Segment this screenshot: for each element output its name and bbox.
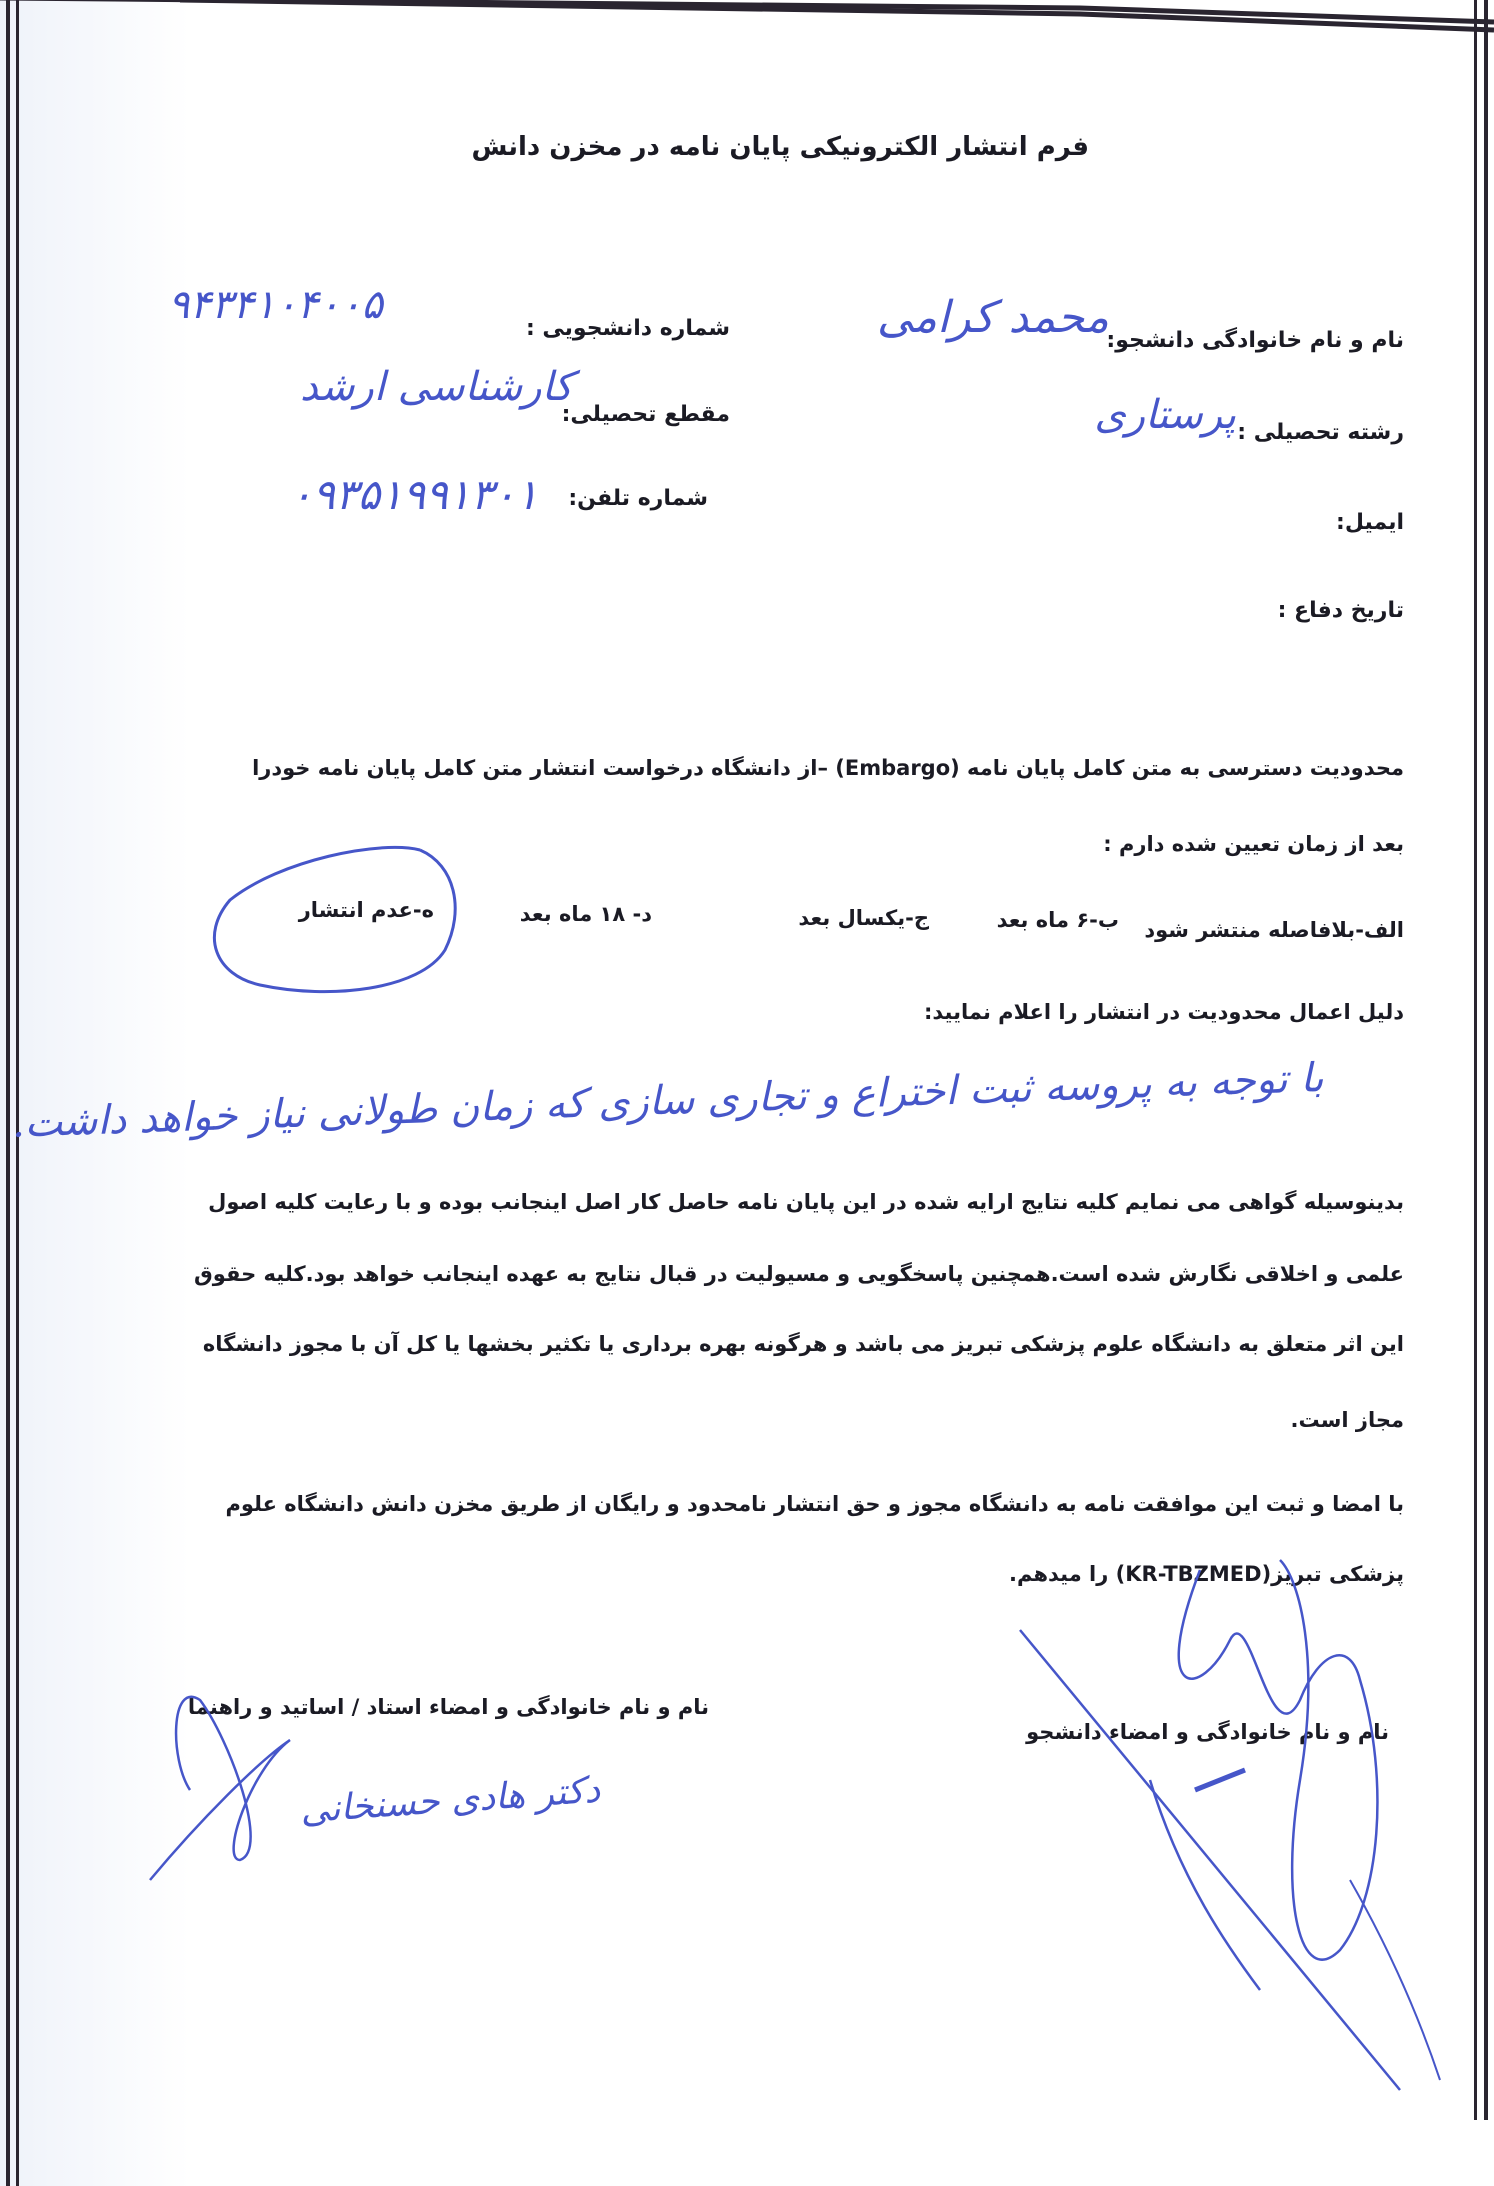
student-signature-icon [1020,1630,1400,2090]
embargo-option-18-months[interactable]: د- ۱۸ ماه بعد [520,902,652,926]
page-border-right-inner [1474,0,1477,2120]
page-border-left [6,0,10,2186]
reason-handwritten: با توجه به پروسه ثبت اختراع و تجاری سازی… [11,1055,1324,1147]
email-label: ایمیل: [1336,510,1404,535]
page-border-left-inner [16,0,19,2186]
consent-line-2: پزشکی تبریز(KR-TBZMED) را میدهم. [1009,1562,1404,1586]
embargo-option-6-months[interactable]: ب-۶ ماه بعد [997,908,1119,932]
phone-label: شماره تلفن: [568,486,708,511]
reason-label: دلیل اعمال محدودیت در انتشار را اعلام نم… [924,1000,1404,1024]
embargo-line-1: محدودیت دسترسی به متن کامل پایان نامه (E… [252,756,1404,780]
student-number-label: شماره دانشجویی : [526,316,730,341]
embargo-line-2: بعد از زمان تعیین شده دارم : [1103,832,1404,856]
student-number-value: ۹۴۳۴۱۰۴۰۰۵ [168,282,383,328]
phone-value: ۰۹۳۵۱۹۹۱۳۰۱ [290,470,538,519]
declaration-line-4: مجاز است. [1291,1408,1404,1432]
declaration-line-2: علمی و اخلاقی نگارش شده است.همچنین پاسخگ… [194,1262,1404,1286]
consent-line-1: با امضا و ثبت این موافقت نامه به دانشگاه… [225,1492,1404,1516]
defense-date-label: تاریخ دفاع : [1278,598,1404,623]
embargo-option-1-year[interactable]: ج-یکسال بعد [798,906,929,930]
field-of-study-label: رشته تحصیلی : [1237,420,1404,445]
embargo-option-immediate[interactable]: الف-بلافاصله منتشر شود [1144,918,1404,942]
student-signature-label: نام و نام خانوادگی و امضاء دانشجو [1026,1720,1389,1744]
declaration-line-1: بدینوسیله گواهی می نمایم کلیه نتایج ارای… [208,1190,1404,1214]
page-title: فرم انتشار الکترونیکی پایان نامه در مخزن… [471,132,1089,162]
degree-level-label: مقطع تحصیلی: [562,402,730,427]
degree-level-value: کارشناسی ارشد [300,364,573,410]
student-name-label: نام و نام خانوادگی دانشجو: [1106,328,1404,353]
page-border-right [1484,0,1488,2120]
student-name-value: محمد کرامی [877,292,1109,343]
page-border-top [0,0,1494,40]
advisor-signature-name: دکتر هادی حسنخانی [299,1770,602,1832]
scan-shading [0,0,190,2186]
declaration-line-3: این اثر متعلق به دانشگاه علوم پزشکی تبری… [203,1332,1404,1356]
field-of-study-value: پرستاری [1094,392,1236,438]
advisor-signature-label: نام و نام خانوادگی و امضاء استاد / اساتی… [188,1695,709,1719]
embargo-option-no-publish[interactable]: ه-عدم انتشار [299,898,434,922]
